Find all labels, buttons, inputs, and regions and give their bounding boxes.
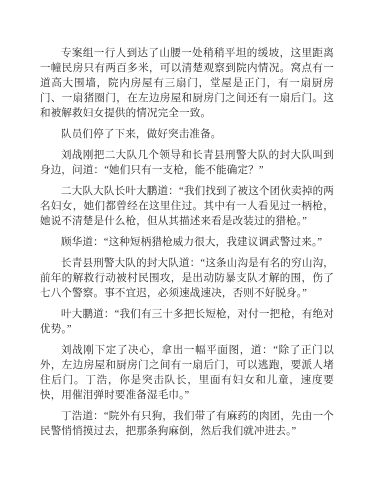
paragraph: 队员们停了下来，做好突击准备。	[40, 127, 334, 142]
paragraph: 刘战刚下定了决心，拿出一幅平面图，道：“除了正门以外，左边房屋和厨房门之间有一扇…	[40, 343, 334, 403]
paragraph: 长青县刑警大队的封大队道：“这条山沟是有名的穷山沟，前年的解救行动被村民围攻，是…	[40, 256, 334, 301]
paragraph: 二大队大队长叶大鹏道：“我们找到了被这个团伙卖掉的两名妇女，她们都曾经在这里住过…	[40, 184, 334, 229]
paragraph: 专案组一行人到达了山腰一处稍稍平坦的缓坡，这里距离一幢民房只有两百多米，可以清楚…	[40, 46, 334, 121]
paragraph: 丁浩道：“院外有只狗，我们带了有麻药的肉团，先由一个民警悄悄摸过去，把那条狗麻倒…	[40, 409, 334, 439]
paragraph: 叶大鹏道：“我们有三十多把长短枪，对付一把枪，有绝对优势。”	[40, 307, 334, 337]
paragraph: 刘战刚把二大队几个领导和长青县刑警大队的封大队叫到身边，问道：“她们只有一支枪，…	[40, 148, 334, 178]
text-body: 专案组一行人到达了山腰一处稍稍平坦的缓坡，这里距离一幢民房只有两百多米，可以清楚…	[40, 46, 334, 439]
paragraph: 顾华道：“这种短柄猎枪威力很大，我建议调武警过来。”	[40, 235, 334, 250]
reader-page: 专案组一行人到达了山腰一处稍稍平坦的缓坡，这里距离一幢民房只有两百多米，可以清楚…	[0, 0, 370, 480]
